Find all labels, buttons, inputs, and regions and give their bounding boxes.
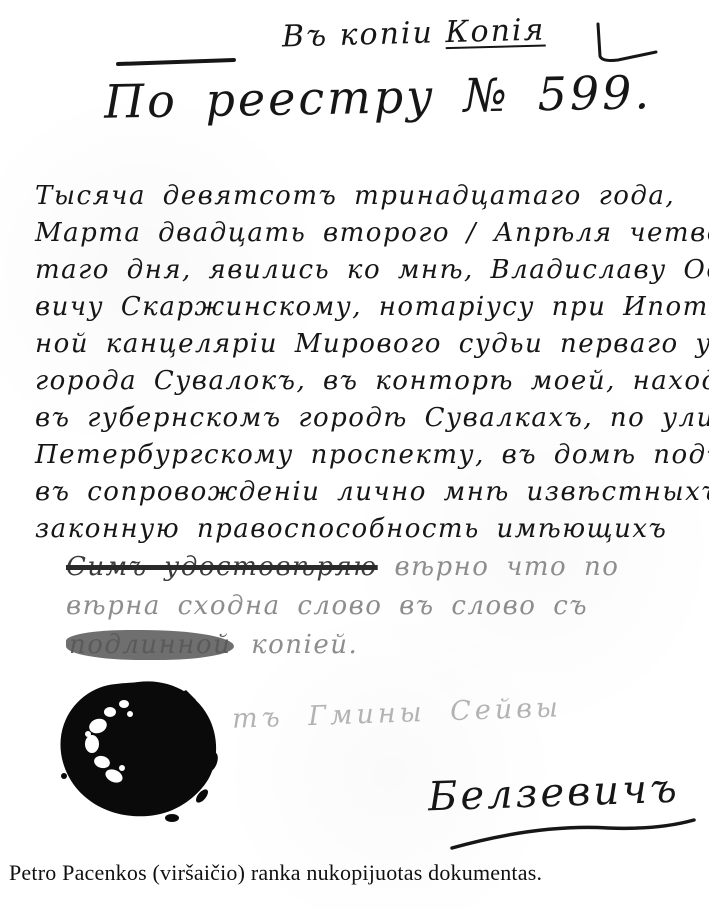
copy-annotation-line: Въ копіи Копія — [282, 13, 546, 55]
copy-annotation-prefix: Въ копіи — [282, 15, 446, 54]
pen-flourish-stroke — [116, 58, 236, 66]
ink-seal-blob — [52, 678, 224, 824]
body-line: таго дня, явились ко мнѣ, Владиславу Оси… — [35, 252, 697, 289]
signature-text: Белзевичъ — [427, 766, 680, 821]
body-line: Марта двадцать второго / Апрѣля четвер — [35, 215, 697, 252]
faded-line: вѣрна сходна слово въ слово съ — [66, 587, 619, 626]
registry-number-line: По реестру № 599. — [104, 65, 653, 129]
faint-official-title-text: тъ Гмины Сейвы — [232, 692, 563, 734]
body-line: города Сувалокъ, въ конторѣ моей, находя… — [35, 363, 697, 400]
faded-certification-block: Симъ удостовѣряю вѣрно что по вѣрна сход… — [66, 548, 619, 665]
document-body: Тысяча девятсотъ тринадцатаго года, Март… — [35, 178, 697, 548]
body-line: вичу Скаржинскому, нотаріусу при Ипотеч — [35, 289, 697, 326]
signature-underline-swash — [448, 818, 698, 852]
ink-smudged-word: подлинной — [66, 630, 234, 660]
body-line: законную правоспособность имѣющихъ — [35, 511, 697, 548]
body-line: Петербургскому проспекту, въ домѣ подъ №… — [35, 437, 697, 474]
copy-annotation-underlined: Копія — [445, 13, 546, 51]
photo-caption: Petro Pacenkos (viršaičio) ranka nukopij… — [9, 860, 542, 886]
faint-text: копіей. — [234, 630, 358, 660]
struck-through-text: Симъ удостовѣряю — [66, 552, 378, 582]
body-line: Тысяча девятсотъ тринадцатаго года, — [35, 178, 697, 215]
body-line: ной канцеляріи Мирового судьи перваго уч… — [35, 326, 697, 363]
pen-flourish-hook — [560, 22, 660, 68]
faded-line: Симъ удостовѣряю вѣрно что по — [66, 548, 619, 587]
body-line: въ сопровожденіи лично мнѣ извѣстныхъ и — [35, 474, 697, 511]
scanned-document-page: Въ копіи Копія По реестру № 599. Тысяча … — [0, 0, 709, 910]
body-line: въ губернскомъ городѣ Сувалкахъ, по улиц… — [35, 400, 697, 437]
faded-line: подлинной копіей. — [66, 626, 619, 665]
faint-text: вѣрно что по — [378, 552, 620, 582]
